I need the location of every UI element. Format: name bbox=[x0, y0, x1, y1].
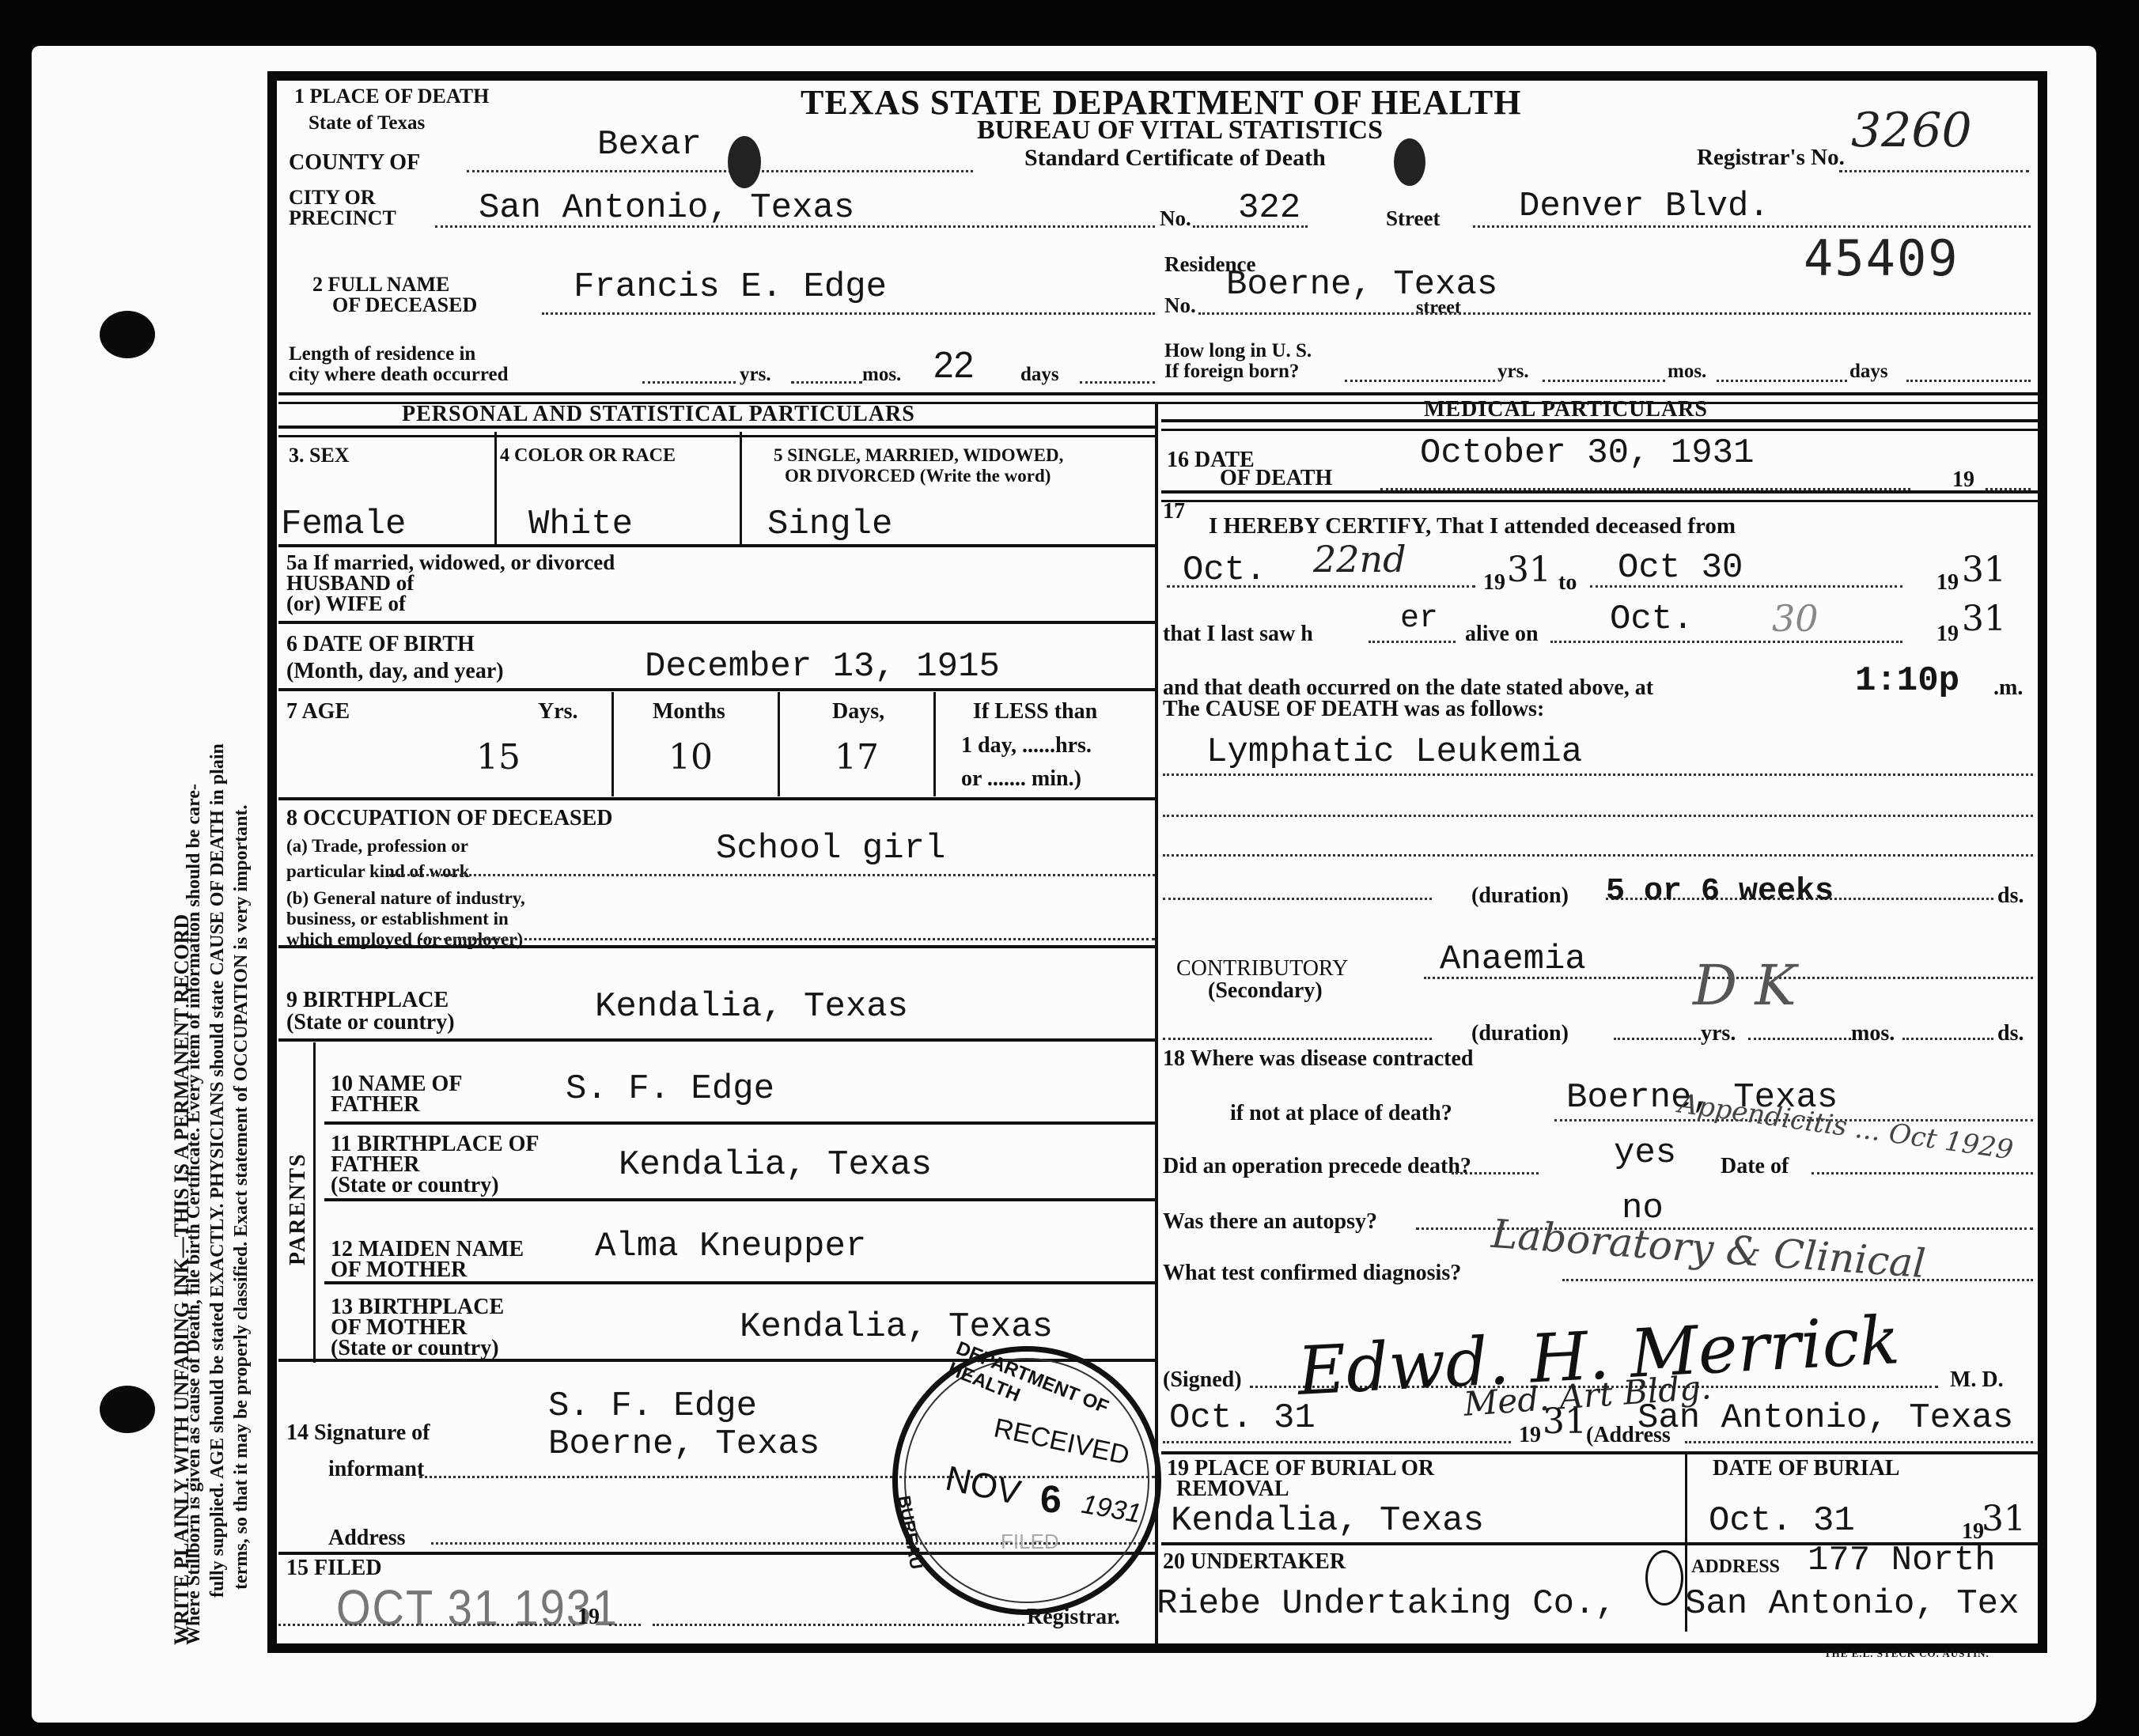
us-label-1: How long in U. S. bbox=[1164, 340, 1312, 362]
pronoun-line bbox=[1369, 641, 1456, 643]
test-label: What test confirmed diagnosis? bbox=[1163, 1261, 1461, 1285]
signed-date: Oct. 31 bbox=[1169, 1400, 1316, 1436]
signed-label: (Signed) bbox=[1163, 1368, 1242, 1392]
occupation-line bbox=[389, 874, 1155, 876]
test-line bbox=[1562, 1279, 2033, 1281]
row-divider bbox=[1161, 1451, 2039, 1454]
us-days-line bbox=[1717, 380, 1847, 382]
cell-divider bbox=[740, 432, 742, 546]
informant-name: S. F. Edge bbox=[548, 1388, 757, 1424]
occ-b-label-1: (b) General nature of industry, bbox=[286, 887, 525, 910]
father-birthplace: Kendalia, Texas bbox=[619, 1147, 932, 1183]
race-label: 4 COLOR OR RACE bbox=[500, 444, 676, 467]
length-residence-label-2: city where death occurred bbox=[289, 364, 508, 386]
duration-ds: ds. bbox=[1997, 884, 2024, 908]
duration2-label: (duration) bbox=[1471, 1022, 1569, 1046]
length-yrs-label: yrs. bbox=[740, 364, 771, 386]
form-name: Standard Certificate of Death bbox=[1024, 145, 1326, 172]
birthplace-label-1: 9 BIRTHPLACE bbox=[286, 989, 449, 1012]
informant-place: Boerne, Texas bbox=[548, 1426, 820, 1462]
medical-heading: MEDICAL PARTICULARS bbox=[1424, 399, 1708, 421]
duration2-ds: ds. bbox=[1997, 1022, 2024, 1046]
less-label-1: If LESS than bbox=[973, 700, 1097, 724]
row-divider bbox=[278, 544, 1155, 547]
residence-value: Boerne, Texas bbox=[1226, 267, 1497, 303]
burial-place-label-2: REMOVAL bbox=[1176, 1477, 1289, 1501]
autopsy-label: Was there an autopsy? bbox=[1163, 1210, 1377, 1234]
mother-bp-label-3: (State or country) bbox=[331, 1337, 499, 1360]
signed-date-line bbox=[1163, 1441, 1511, 1443]
duration2-pre-line bbox=[1163, 1038, 1432, 1040]
cause-label: The CAUSE OF DEATH was as follows: bbox=[1163, 698, 1544, 721]
duration2-ds-line bbox=[1902, 1038, 1993, 1040]
birthplace-label-2: (State or country) bbox=[286, 1011, 455, 1034]
attended-from-line bbox=[1167, 585, 1475, 588]
residence-no-label: No. bbox=[1164, 294, 1196, 316]
age-days-label: Days, bbox=[832, 700, 884, 724]
marital-label-2: OR DIVORCED (Write the word) bbox=[785, 465, 1051, 487]
row-divider bbox=[324, 1198, 1155, 1201]
registrar-no-label: Registrar's No. bbox=[1697, 146, 1845, 168]
occupation-label: 8 OCCUPATION OF DECEASED bbox=[286, 807, 613, 830]
burial-year: 31 bbox=[1982, 1501, 2026, 1537]
attended-from-year: 31 bbox=[1507, 552, 1551, 588]
filed-line bbox=[278, 1624, 575, 1626]
us-mos-label: mos. bbox=[1668, 361, 1706, 383]
registrar-no-line bbox=[1839, 170, 2029, 172]
state-label: State of Texas bbox=[309, 112, 425, 134]
date-of-death: October 30, 1931 bbox=[1420, 435, 1754, 471]
attended-to-year: 31 bbox=[1962, 552, 2006, 588]
age-yrs-value: 15 bbox=[476, 739, 521, 776]
printer-credit: THE E.L. STECK CO. AUSTIN. bbox=[1824, 1647, 1989, 1660]
row-divider bbox=[324, 1281, 1155, 1284]
mother-maiden-name: Alma Kneupper bbox=[595, 1228, 866, 1265]
dod-19-label: 19 bbox=[1952, 468, 1974, 492]
punch-hole-mark bbox=[728, 136, 761, 188]
us-yrs-line bbox=[1345, 380, 1495, 382]
row-divider bbox=[278, 688, 1155, 691]
not-place-label: if not at place of death? bbox=[1230, 1102, 1452, 1125]
filed-label: 15 FILED bbox=[286, 1556, 382, 1580]
sex-label: 3. SEX bbox=[289, 444, 350, 467]
father-label-2: FATHER bbox=[331, 1093, 420, 1117]
last-saw-day: 30 bbox=[1772, 597, 1819, 640]
length-residence-label-1: Length of residence in bbox=[289, 343, 475, 365]
personal-heading: PERSONAL AND STATISTICAL PARTICULARS bbox=[402, 403, 915, 425]
length-days-line bbox=[1080, 381, 1155, 384]
age-yrs-label: Yrs. bbox=[538, 700, 578, 724]
cause-line-3 bbox=[1163, 854, 2033, 857]
punch-hole-mark bbox=[1394, 138, 1425, 186]
received-stamp: DEPARTMENT OF HEALTH RECEIVED NOV 6 1931… bbox=[892, 1346, 1161, 1615]
operation-line bbox=[1452, 1172, 1539, 1174]
last-saw-year: 31 bbox=[1962, 601, 2006, 637]
document-subtitle: BUREAU OF VITAL STATISTICS bbox=[977, 115, 1383, 146]
section-divider-left bbox=[278, 425, 1155, 437]
parents-divider bbox=[313, 1042, 316, 1363]
certificate-number: 45409 bbox=[1804, 229, 1959, 287]
alive-on-line bbox=[1550, 641, 1902, 643]
margin-instruction-3: fully supplied. AGE should be stated EXA… bbox=[207, 743, 229, 1598]
birthplace-value: Kendalia, Texas bbox=[595, 989, 908, 1025]
deceased-name: Francis E. Edge bbox=[574, 269, 887, 305]
duration-pre-line bbox=[1163, 898, 1432, 900]
undertaker-address-label: ADDRESS bbox=[1691, 1555, 1780, 1579]
binder-hole-top bbox=[100, 311, 155, 358]
time-of-death: 1:10p bbox=[1855, 663, 1959, 699]
parents-label: PARENTS bbox=[286, 1152, 310, 1265]
registrar-line bbox=[653, 1624, 1024, 1626]
cell-divider bbox=[494, 432, 497, 546]
spouse-label-3: (or) WIFE of bbox=[286, 592, 406, 615]
less-label-2: 1 day, ......hrs. bbox=[961, 734, 1092, 758]
last-saw-label: that I last saw h bbox=[1163, 622, 1313, 646]
full-name-line bbox=[542, 312, 1155, 315]
burial-date-label: DATE OF BURIAL bbox=[1713, 1457, 1899, 1481]
operation-label: Did an operation precede death? bbox=[1163, 1155, 1471, 1178]
cell-divider bbox=[933, 692, 936, 796]
attended-from-19: 19 bbox=[1483, 571, 1505, 595]
filed-year-line bbox=[609, 1624, 641, 1626]
to-label: to bbox=[1558, 571, 1577, 595]
margin-instruction-2: Where Stillborn is given as cause of Dea… bbox=[184, 784, 205, 1645]
city-label-1: CITY OR bbox=[289, 187, 376, 209]
row-divider bbox=[324, 1121, 1155, 1125]
filed-19-label: 19 bbox=[577, 1606, 600, 1629]
age-months-label: Months bbox=[653, 700, 725, 724]
age-months-value: 10 bbox=[668, 739, 713, 776]
dod-label-2: OF DEATH bbox=[1220, 467, 1332, 490]
sex-value: Female bbox=[281, 506, 406, 543]
undertaker-address-2: San Antonio, Tex bbox=[1685, 1586, 2019, 1622]
city-label-2: PRECINCT bbox=[289, 207, 396, 229]
street-value: Denver Blvd. bbox=[1519, 188, 1770, 225]
place-of-death-heading: 1 PLACE OF DEATH bbox=[294, 85, 489, 108]
cell-divider bbox=[778, 692, 780, 796]
full-name-label-1: 2 FULL NAME bbox=[312, 274, 449, 296]
county-value: Bexar bbox=[597, 127, 702, 163]
duration2-mos: mos. bbox=[1851, 1022, 1895, 1046]
duration-value: 5 or 6 weeks bbox=[1606, 874, 1834, 910]
burial-date: Oct. 31 bbox=[1709, 1503, 1855, 1539]
circled-mark-icon bbox=[1645, 1550, 1683, 1606]
length-days-label: days bbox=[1020, 364, 1059, 386]
mother-label-2: OF MOTHER bbox=[331, 1258, 467, 1282]
time-suffix: .m. bbox=[1993, 676, 2023, 700]
informant-label-1: 14 Signature of bbox=[286, 1421, 430, 1445]
operation-value: yes bbox=[1614, 1135, 1676, 1171]
cell-divider bbox=[611, 692, 614, 796]
registrar-no: 3260 bbox=[1851, 103, 1972, 158]
occ-b-label-2: business, or establishment in bbox=[286, 908, 509, 930]
length-mos-value: 22 bbox=[933, 346, 974, 383]
length-mos-line bbox=[791, 381, 862, 384]
marital-label-1: 5 SINGLE, MARRIED, WIDOWED, bbox=[774, 444, 1063, 467]
occ-a-label-1: (a) Trade, profession or bbox=[286, 835, 468, 857]
length-yrs-line bbox=[642, 381, 736, 384]
duration-label: (duration) bbox=[1471, 884, 1569, 908]
attended-from-month: Oct. bbox=[1183, 552, 1266, 588]
row-divider bbox=[278, 945, 1155, 948]
address-line bbox=[1685, 1441, 2033, 1443]
dob-label-1: 6 DATE OF BIRTH bbox=[286, 633, 475, 656]
occupation-value: School girl bbox=[716, 830, 945, 867]
last-saw-date: Oct. bbox=[1610, 601, 1694, 637]
undertaker-label: 20 UNDERTAKER bbox=[1163, 1550, 1346, 1574]
father-bp-label-3: (State or country) bbox=[331, 1174, 499, 1197]
duration2-mos-line bbox=[1748, 1038, 1851, 1040]
race-value: White bbox=[528, 506, 633, 543]
row-divider bbox=[1161, 490, 2039, 502]
signed-19: 19 bbox=[1519, 1424, 1541, 1447]
attended-from-day: 22nd bbox=[1313, 538, 1406, 581]
alive-on-label: alive on bbox=[1465, 622, 1539, 646]
dob-label-2: (Month, day, and year) bbox=[286, 660, 504, 683]
contracted-label: 18 Where was disease contracted bbox=[1163, 1047, 1473, 1071]
cause-of-death: Lymphatic Leukemia bbox=[1206, 734, 1582, 770]
street-no-value: 322 bbox=[1238, 190, 1300, 226]
occ-a-label-2: particular kind of work bbox=[286, 860, 470, 883]
us-days-label: days bbox=[1849, 361, 1888, 383]
burial-place: Kendalia, Texas bbox=[1171, 1503, 1484, 1539]
residence-line bbox=[1198, 312, 2031, 315]
street-label: Street bbox=[1386, 207, 1440, 229]
last-saw-19: 19 bbox=[1936, 622, 1959, 646]
city-value: San Antonio, Texas bbox=[479, 190, 854, 226]
us-tail-line bbox=[1906, 380, 2031, 382]
occ-b-line bbox=[419, 938, 1155, 940]
age-days-value: 17 bbox=[835, 739, 879, 776]
contributory-value: Anaemia bbox=[1440, 941, 1586, 978]
stamp-day: 6 bbox=[1040, 1478, 1062, 1522]
full-name-label-2: OF DECEASED bbox=[332, 294, 477, 316]
dob-value: December 13, 1915 bbox=[645, 649, 1000, 685]
operation-date-label: Date of bbox=[1721, 1155, 1789, 1178]
md-label: M. D. bbox=[1950, 1368, 2004, 1392]
informant-label-2: informant bbox=[328, 1458, 424, 1481]
age-label: 7 AGE bbox=[286, 700, 350, 724]
undertaker-address-1: 177 North bbox=[1808, 1542, 1996, 1579]
attended-to-19: 19 bbox=[1936, 571, 1959, 595]
us-label-2: If foreign born? bbox=[1164, 361, 1299, 383]
margin-instruction-4: terms, so that it may be properly classi… bbox=[231, 804, 252, 1590]
row-divider bbox=[278, 621, 1155, 624]
row-divider bbox=[278, 797, 1155, 800]
length-mos-label: mos. bbox=[862, 364, 901, 386]
contributory-label-2: (Secondary) bbox=[1208, 979, 1323, 1003]
duration2-yrs: yrs. bbox=[1701, 1022, 1736, 1046]
mother-birthplace: Kendalia, Texas bbox=[740, 1309, 1053, 1345]
county-label: COUNTY OF bbox=[289, 152, 420, 174]
row-divider bbox=[278, 1038, 1155, 1042]
item-17: 17 bbox=[1163, 500, 1185, 524]
undertaker-name: Riebe Undertaking Co., bbox=[1157, 1586, 1616, 1622]
duration2-yrs-line bbox=[1614, 1038, 1701, 1040]
county-line bbox=[467, 170, 973, 172]
us-mos-line bbox=[1543, 380, 1665, 382]
contributory-initials: D K bbox=[1693, 953, 1796, 1018]
cause-line-1 bbox=[1163, 773, 2033, 776]
stamp-filed: FILED bbox=[1001, 1530, 1059, 1554]
marital-value: Single bbox=[767, 506, 892, 543]
us-yrs-label: yrs. bbox=[1497, 361, 1529, 383]
cause-line-2 bbox=[1163, 815, 2033, 817]
attended-to: Oct 30 bbox=[1618, 550, 1743, 586]
informant-address-label: Address bbox=[328, 1526, 406, 1550]
father-name: S. F. Edge bbox=[566, 1071, 774, 1107]
last-saw-pronoun: er bbox=[1400, 601, 1438, 637]
contributory-label-1: CONTRIBUTORY bbox=[1176, 957, 1348, 981]
less-label-3: or ....... min.) bbox=[961, 767, 1081, 791]
filed-stamp: OCT 31 1931 bbox=[336, 1578, 619, 1637]
certify-statement: I HEREBY CERTIFY, That I attended deceas… bbox=[1209, 514, 1736, 538]
physician-address: San Antonio, Texas bbox=[1637, 1400, 2013, 1436]
street-no-label: No. bbox=[1160, 207, 1191, 229]
binder-hole-bottom bbox=[100, 1386, 155, 1433]
operation-date-line bbox=[1812, 1172, 2033, 1174]
